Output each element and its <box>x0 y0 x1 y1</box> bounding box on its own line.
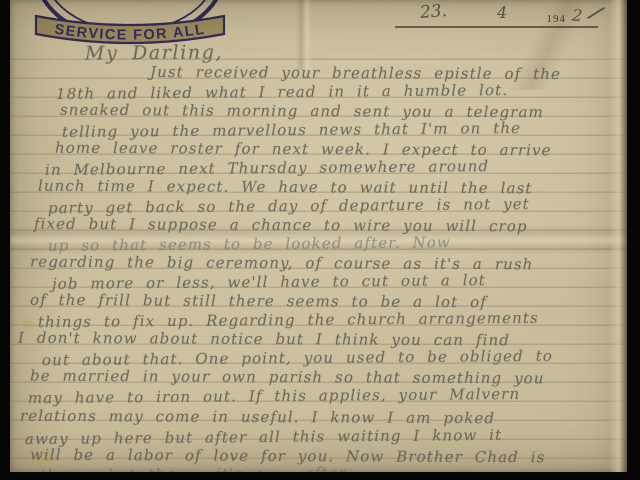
letter-line: up so that seems to be looked after. Now <box>48 233 451 255</box>
letter-line: party get back so the day of departure i… <box>48 195 530 217</box>
letter-line-partial: the … but the … it's a … after <box>40 464 347 472</box>
letter-body: My Darling, Just received your breathles… <box>10 0 627 472</box>
letter-line: telling you the marvellous news that I'm… <box>62 119 521 141</box>
letter-line: of the frill but still there seems to be… <box>30 291 487 311</box>
letter-line: lunch time I expect. We have to wait unt… <box>38 177 533 198</box>
letter-line: sneaked out this morning and sent you a … <box>60 101 544 122</box>
letter-line: job more or less, we'll have to cut out … <box>52 271 486 293</box>
letter-line: 18th and liked what I read in it a humbl… <box>56 81 508 103</box>
letter-line: regarding the big ceremony, of course as… <box>30 253 534 274</box>
letter-line: relations may come in useful. I know I a… <box>20 407 495 427</box>
letter-line: in Melbourne next Thursday somewhere aro… <box>45 157 489 179</box>
letter-line: fixed but I suppose a chance to wire you… <box>34 215 528 236</box>
letter-paper: SERVICE FOR ALL 23. 4 194 2 My Darling, … <box>10 0 627 472</box>
letter-line: be married in your own parish so that so… <box>30 367 545 388</box>
scanned-letter: SERVICE FOR ALL 23. 4 194 2 My Darling, … <box>0 0 640 480</box>
letter-line: I don't know about notice but I think yo… <box>18 329 510 350</box>
letter-line: may have to iron out. If this applies, y… <box>28 385 520 407</box>
letter-line: Just received your breathless epistle of… <box>150 63 561 83</box>
letter-salutation: My Darling, <box>85 41 223 64</box>
letter-line: away up here but after all this waiting … <box>25 426 502 448</box>
letter-line: out about that. One point, you used to b… <box>42 347 553 369</box>
letter-line: things to fix up. Regarding the church a… <box>38 309 539 331</box>
